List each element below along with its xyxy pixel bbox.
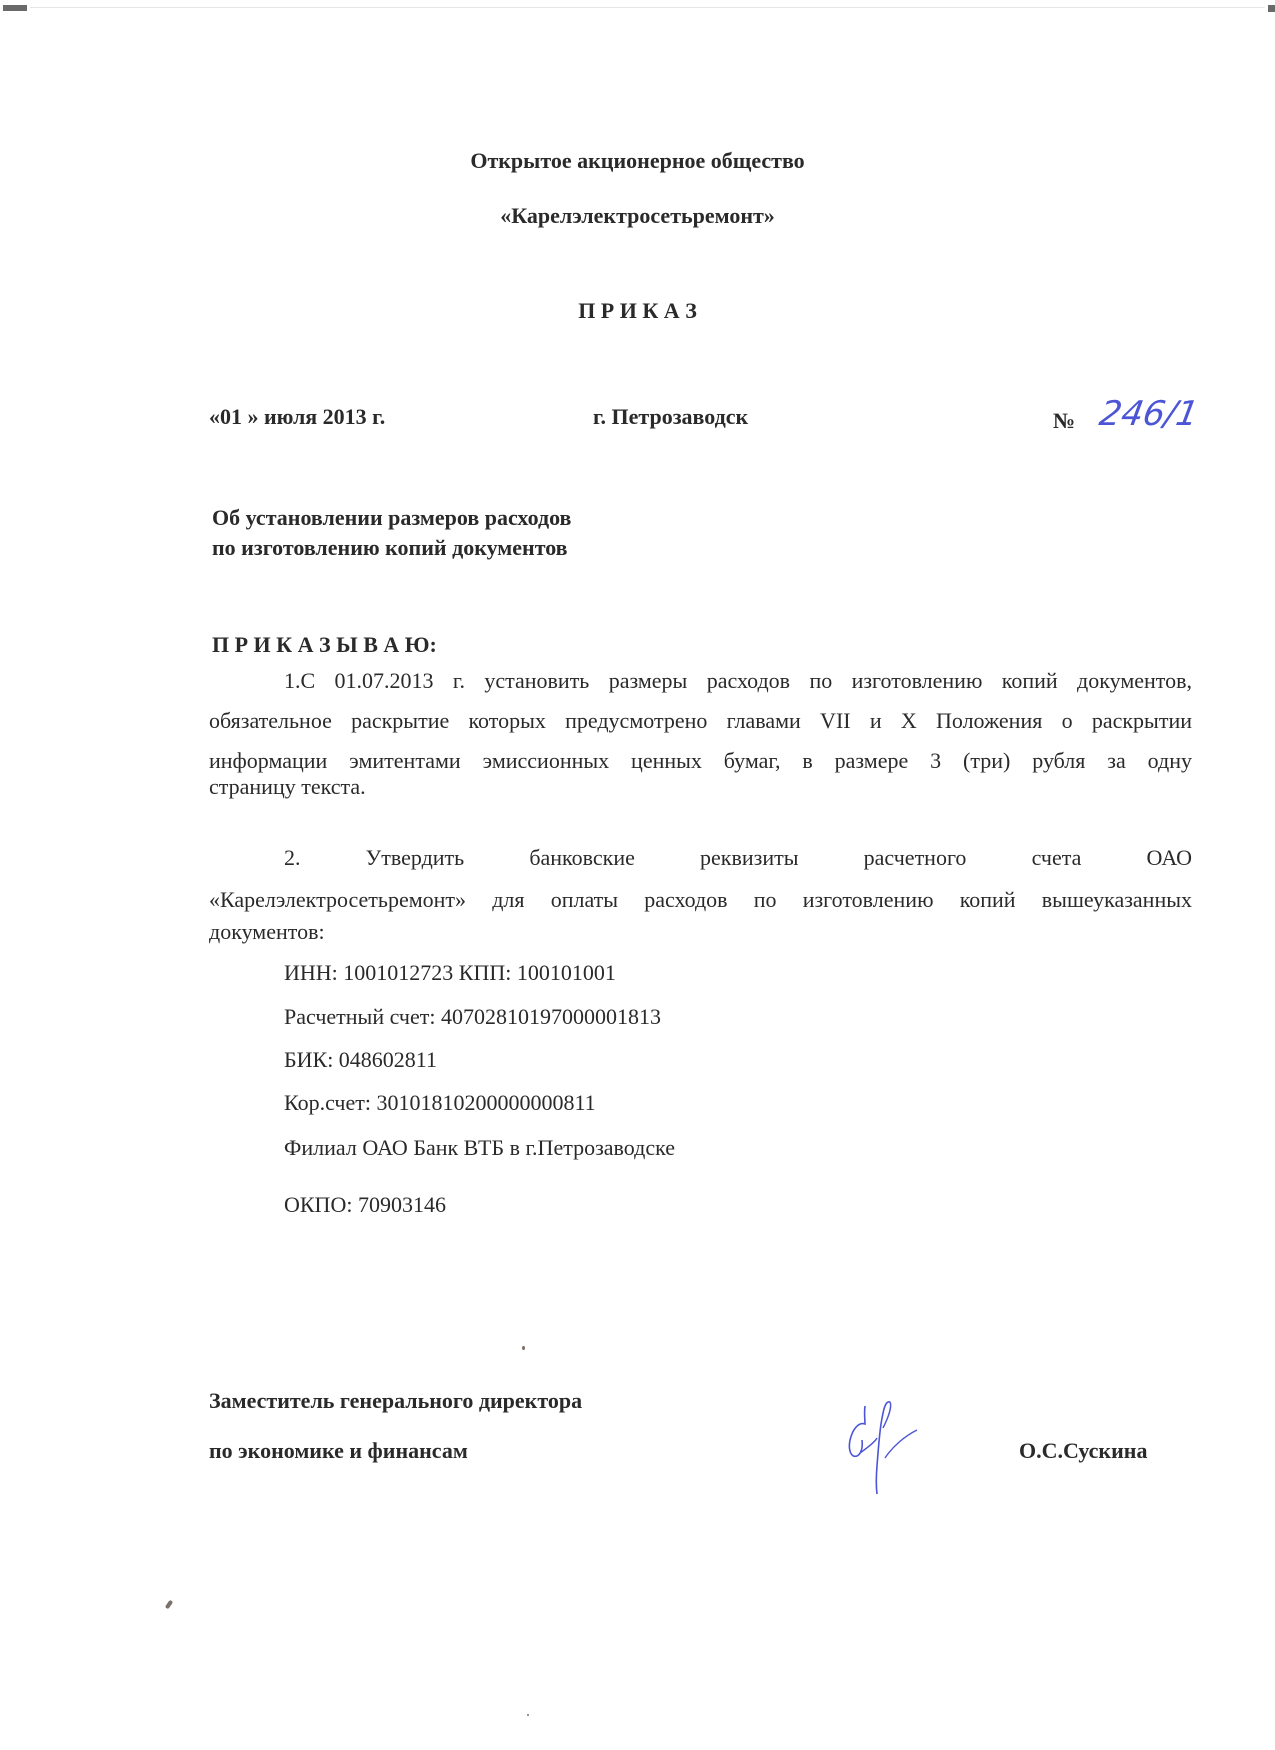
handwritten-number: 246/1 — [1096, 394, 1201, 434]
scan-speck — [527, 1714, 529, 1716]
subject-line-2: по изготовлению копий документов — [212, 535, 568, 561]
document-date: «01 » июля 2013 г. — [209, 404, 385, 430]
paragraph-1-line-4: страницу текста. — [209, 767, 366, 807]
signatory-position-line-2: по экономике и финансам — [209, 1438, 468, 1464]
paragraph-1-line-2: обязательное раскрытие которых предусмот… — [209, 708, 1192, 734]
signatory-position-line-1: Заместитель генерального директора — [209, 1388, 582, 1414]
document-city: г. Петрозаводск — [593, 404, 748, 430]
organization-type: Открытое акционерное общество — [0, 148, 1275, 174]
scan-speck — [522, 1346, 525, 1350]
subject-line-1: Об установлении размеров расходов — [212, 505, 571, 531]
scan-mark-top-right — [1268, 5, 1275, 12]
scan-speck — [165, 1600, 173, 1610]
document-type: П Р И К А З — [0, 298, 1275, 324]
number-label: № — [1053, 408, 1075, 434]
bank-inn-kpp: ИНН: 1001012723 КПП: 100101001 — [284, 953, 616, 993]
bank-branch: Филиал ОАО Банк ВТБ в г.Петрозаводске — [284, 1128, 675, 1168]
scan-mark-top-left — [3, 5, 27, 11]
order-word: П Р И К А З Ы В А Ю: — [212, 632, 437, 658]
signatory-name: О.С.Сускина — [1019, 1438, 1147, 1464]
paragraph-2-line-3: документов: — [209, 912, 325, 952]
bank-corr-account: Кор.счет: 30101810200000000811 — [284, 1083, 596, 1123]
bank-okpo: ОКПО: 70903146 — [284, 1185, 446, 1225]
handwritten-signature — [845, 1398, 925, 1498]
signature-glyph-icon — [845, 1398, 925, 1498]
scan-edge-line — [30, 7, 1265, 8]
paragraph-1-line-1: 1.С 01.07.2013 г. установить размеры рас… — [284, 668, 1192, 694]
paragraph-2-line-2: «Карелэлектросетьремонт» для оплаты расх… — [209, 887, 1192, 913]
bank-bik: БИК: 048602811 — [284, 1040, 437, 1080]
paragraph-2-line-1: 2. Утвердить банковские реквизиты расчет… — [284, 845, 1192, 871]
organization-name: «Карелэлектросетьремонт» — [0, 203, 1275, 229]
bank-account: Расчетный счет: 40702810197000001813 — [284, 997, 661, 1037]
